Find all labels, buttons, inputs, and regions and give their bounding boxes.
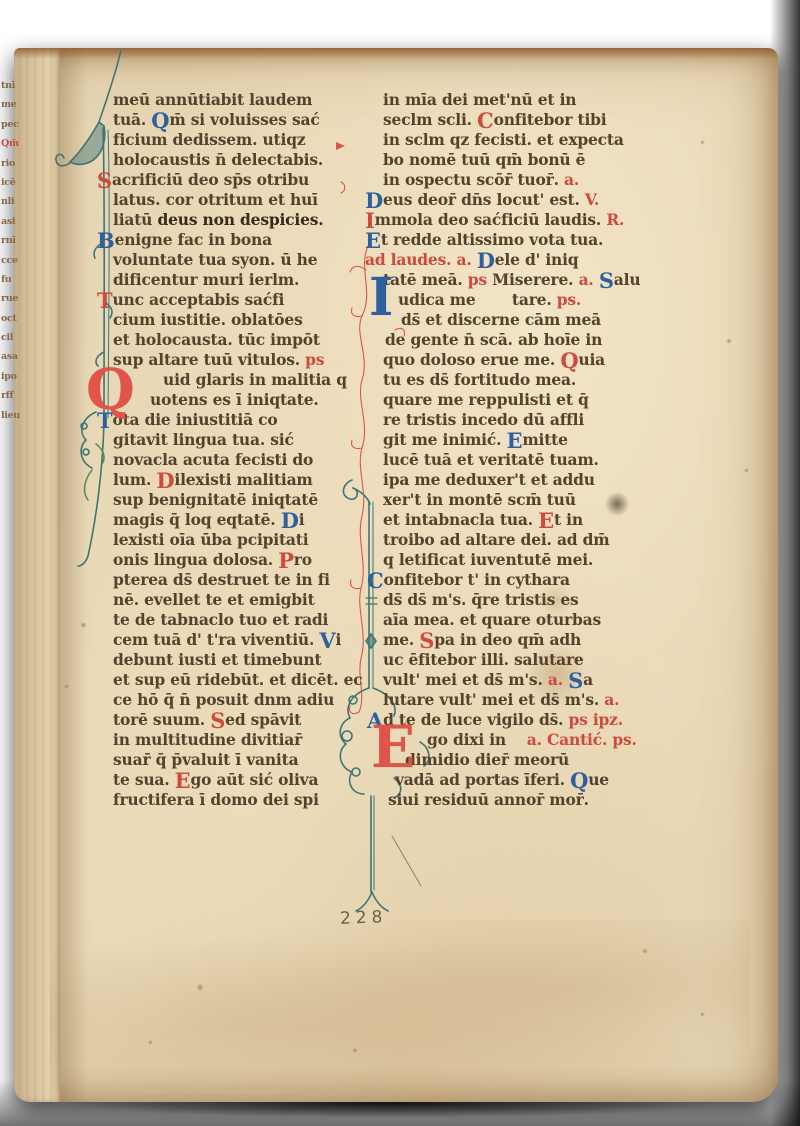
text-segment: vadā ad portas īferi.: [395, 770, 570, 789]
text-line: Deus deor̄ dn̄s locut' est. V.: [365, 190, 667, 210]
text-segment: me.: [383, 630, 419, 649]
text-line: troibo ad altare dei. ad dm̄: [383, 530, 667, 550]
text-line: ds̄ ds̄ m's. q̄re tristis es: [383, 590, 667, 610]
lombardic-initial: T: [97, 288, 112, 313]
text-segment: lucē tuā et veritatē tuam.: [383, 450, 599, 469]
text-segment: latus. cor otritum et huī: [113, 190, 318, 209]
dropcap-initial-E: E: [371, 718, 415, 776]
text-line: vadā ad portas īferi. Que: [395, 770, 667, 790]
text-line: q letificat iuventutē mei.: [383, 550, 667, 570]
text-segment: ce hō q̄ n̄ posuit dnm adiu: [113, 690, 334, 709]
text-segment: nē. evellet te et emigbit: [113, 590, 315, 609]
text-column-left: meū annūtiabit laudemtuā. Qm̄ si voluiss…: [113, 90, 381, 810]
text-segment: holocaustis n̄ delectabis.: [113, 150, 323, 169]
text-line: Sacrificiū deo sp̄s otribu: [97, 170, 381, 190]
text-line: meū annūtiabit laudem: [113, 90, 381, 110]
text-segment: et sup eū ridebūt. et dicēt. ec: [113, 670, 362, 689]
text-line: tu es ds̄ fortitudo mea.: [383, 370, 667, 390]
text-line: onis lingua dolosa. Pro: [113, 550, 381, 570]
text-segment: suar̄ q̄ p̄valuit ī vanita: [113, 750, 298, 769]
lombardic-initial: V: [319, 628, 335, 653]
lombardic-initial: S: [599, 268, 614, 293]
text-line: Confitebor t' in cythara: [367, 570, 667, 590]
text-segment: Miserere.: [492, 270, 578, 289]
text-segment: aīa mea. et quare oturbas: [383, 610, 601, 629]
freckle: [700, 1012, 705, 1017]
text-line: holocaustis n̄ delectabis.: [113, 150, 381, 170]
text-segment: t redde altissimo vota tua.: [381, 230, 603, 249]
text-line: magis q̄ loq eqtatē. Di: [113, 510, 381, 530]
text-segment: in ospectu scōr̄ tuor̄.: [383, 170, 564, 189]
text-segment: go aūt sić oliva: [190, 770, 318, 789]
text-segment: onis lingua dolosa.: [113, 550, 278, 569]
text-segment: alu: [614, 270, 641, 289]
text-segment: pa in deo qm̄ adh: [434, 630, 581, 649]
dropcap-initial-I: I: [369, 272, 393, 324]
text-line: in sclm qz fecisti. et expecta: [383, 130, 667, 150]
lombardic-initial: B: [97, 228, 115, 253]
text-line: seclm scli. Confitebor tibi: [383, 110, 667, 130]
leaf-edge-text-fragment: icē: [1, 173, 21, 192]
text-line: et sup eū ridebūt. et dicēt. ec: [113, 670, 381, 690]
text-segment: cem tuā d' t'ra viventiū.: [113, 630, 319, 649]
text-segment: acrificiū deo sp̄s otribu: [112, 170, 309, 189]
text-segment: ilexisti malitiam: [174, 470, 312, 489]
text-line: uotens es ī iniqtate.: [150, 390, 381, 410]
lombardic-initial: C: [367, 568, 384, 593]
text-segment: in multitudine divitiar̄: [113, 730, 302, 749]
text-segment: et holocausta. tūc impōt: [113, 330, 320, 349]
text-line: sup benignitatē iniqtatē: [113, 490, 381, 510]
freckle: [352, 1048, 358, 1053]
text-segment: t in: [554, 510, 583, 529]
text-line: et intabnacla tua. Et in: [383, 510, 667, 530]
text-segment: ds̄ et discerne cām meā: [401, 310, 601, 329]
text-line: debunt iusti et timebunt: [113, 650, 381, 670]
text-segment: enigne fac in bona: [115, 230, 272, 249]
text-segment: ro: [294, 550, 312, 569]
text-segment: dimidio dier̄ meorū: [405, 750, 569, 769]
leaf-edge-text-fragment: lieu: [1, 406, 21, 425]
text-line: quare me reppulisti et q̄: [383, 390, 667, 410]
text-line: Immola deo saćficiū laudis. R.: [365, 210, 667, 230]
previous-leaf-text-fragments: tnīmepecQm̄rioicēnliasirnīccefurueoctcil…: [1, 76, 21, 425]
parchment-mottling: [50, 920, 750, 1090]
freckle: [196, 984, 204, 991]
text-segment: eus deor̄ dn̄s locut' est.: [383, 190, 585, 209]
text-line: nē. evellet te et emigbit: [113, 590, 381, 610]
freckle: [744, 468, 749, 473]
text-line: me. Spa in deo qm̄ adh: [383, 630, 667, 650]
text-segment: unc acceptabis saćfi: [112, 290, 284, 309]
text-line: novacla acuta fecisti do: [113, 450, 381, 470]
text-line: in ospectu scōr̄ tuor̄. a.: [383, 170, 667, 190]
leaf-edge-text-fragment: oct: [1, 309, 21, 328]
text-segment: ds̄ ds̄ m's. q̄re tristis es: [383, 590, 579, 609]
text-line: udica me tare. ps.: [398, 290, 667, 310]
text-line: ce hō q̄ n̄ posuit dnm adiu: [113, 690, 381, 710]
text-line: re tristis incedo dū affli: [383, 410, 667, 430]
text-line: lucē tuā et veritatē tuam.: [383, 450, 667, 470]
text-segment: cium iustitie. oblatōes: [113, 310, 303, 329]
leaf-edge-text-fragment: me: [1, 95, 21, 114]
text-line: xer't in montē scm̄ tuū: [383, 490, 667, 510]
text-line: cium iustitie. oblatōes: [113, 310, 381, 330]
page-number: 228: [340, 907, 388, 929]
text-segment: pterea ds̄ destruet te in fi: [113, 570, 330, 589]
text-segment: ota die iniustitiā co: [112, 410, 277, 429]
leaf-edge-text-fragment: asa: [1, 347, 21, 366]
text-segment: sup altare tuū vitulos.: [113, 350, 305, 369]
text-segment: ps: [305, 350, 324, 369]
text-segment: ps.: [557, 290, 581, 309]
text-line: torē suum. Sed spāvit: [113, 710, 381, 730]
text-segment: dificentur muri ierlm.: [113, 270, 299, 289]
text-line: vult' mei et ds̄ m's. a. Sa: [383, 670, 667, 690]
text-segment: de gente n̄ scā. ab hoīe in: [385, 330, 602, 349]
text-line: Tota die iniustitiā co: [97, 410, 381, 430]
text-segment: siui residuū annor̄ mor̄.: [388, 790, 589, 809]
text-column-right: in mīa dei met'nū et inseclm scli. Confi…: [383, 90, 667, 810]
text-segment: a.: [548, 670, 568, 689]
text-segment: in mīa dei met'nū et in: [383, 90, 576, 109]
text-line: ficium dedissem. utiqz: [113, 130, 381, 150]
text-segment: in sclm qz fecisti. et expecta: [383, 130, 624, 149]
leaf-edge-text-fragment: rio: [1, 154, 21, 173]
text-line: Tunc acceptabis saćfi: [97, 290, 381, 310]
text-segment: tuā.: [113, 110, 151, 129]
text-line: pterea ds̄ destruet te in fi: [113, 570, 381, 590]
text-segment: deus non despicies.: [157, 210, 323, 229]
text-line: fructifera ī domo dei spi: [113, 790, 381, 810]
text-segment: ipa me deduxer't et addu: [383, 470, 595, 489]
leaf-edge-text-fragment: nli: [1, 192, 21, 211]
text-line: in multitudine divitiar̄: [113, 730, 381, 750]
text-segment: udica me tare.: [398, 290, 557, 309]
text-segment: gitavit lingua tua. sić: [113, 430, 294, 449]
text-segment: et intabnacla tua.: [383, 510, 538, 529]
text-line: uid glaris in malitia q: [163, 370, 381, 390]
text-segment: lutare vult' mei et ds̄ m's.: [383, 690, 604, 709]
leaf-edge-text-fragment: ipo: [1, 367, 21, 386]
text-line: de gente n̄ scā. ab hoīe in: [385, 330, 667, 350]
text-segment: torē suum.: [113, 710, 210, 729]
text-line: ds̄ et discerne cām meā: [401, 310, 667, 330]
text-line: ipa me deduxer't et addu: [383, 470, 667, 490]
text-line: siui residuū annor̄ mor̄.: [388, 790, 667, 810]
text-segment: ps ipz.: [569, 710, 624, 729]
leaf-edge-text-fragment: cil: [1, 328, 21, 347]
text-line: uc ēfitebor illi. salutare: [383, 650, 667, 670]
text-segment: te sua.: [113, 770, 175, 789]
text-line: Benigne fac in bona: [97, 230, 381, 250]
text-segment: debunt iusti et timebunt: [113, 650, 321, 669]
text-line: cem tuā d' t'ra viventiū. Vi: [113, 630, 381, 650]
text-segment: uotens es ī iniqtate.: [150, 390, 319, 409]
text-line: te sua. Ego aūt sić oliva: [113, 770, 381, 790]
text-segment: xer't in montē scm̄ tuū: [383, 490, 576, 509]
text-segment: V.: [585, 190, 599, 209]
freckle: [148, 1040, 153, 1045]
text-segment: R.: [606, 210, 624, 229]
leaf-edge-text-fragment: rue: [1, 289, 21, 308]
text-line: dimidio dier̄ meorū: [405, 750, 667, 770]
text-segment: meū annūtiabit laudem: [113, 90, 312, 109]
text-segment: mmola deo saćficiū laudis.: [375, 210, 607, 229]
text-segment: ue: [588, 770, 609, 789]
text-segment: novacla acuta fecisti do: [113, 450, 313, 469]
text-segment: a.: [604, 690, 619, 709]
text-segment: te de tabnaclo tuo et radi: [113, 610, 328, 629]
text-segment: magis q̄ loq eqtatē.: [113, 510, 281, 529]
text-segment: uid glaris in malitia q: [163, 370, 347, 389]
text-line: gitavit lingua tua. sić: [113, 430, 381, 450]
page-top-browned-edge: [14, 48, 778, 59]
text-segment: quare me reppulisti et q̄: [383, 390, 589, 409]
text-segment: git me inimić.: [383, 430, 507, 449]
text-segment: lum.: [113, 470, 156, 489]
text-segment: a.: [579, 270, 599, 289]
text-segment: sup benignitatē iniqtatē: [113, 490, 318, 509]
leaf-edge-text-fragment: pec: [1, 115, 21, 134]
text-line: git me inimić. Emitte: [383, 430, 667, 450]
text-segment: seclm scli.: [383, 110, 477, 129]
text-segment: fructifera ī domo dei spi: [113, 790, 319, 809]
text-segment: ficium dedissem. utiqz: [113, 130, 305, 149]
text-line: liatū deus non despicies.: [113, 210, 381, 230]
freckle: [642, 948, 648, 954]
text-line: te de tabnaclo tuo et radi: [113, 610, 381, 630]
text-line: go dixi in a. Cantić. ps.: [427, 730, 667, 750]
text-segment: tu es ds̄ fortitudo mea.: [383, 370, 576, 389]
leaf-edge-text-fragment: cce: [1, 251, 21, 270]
text-line: voluntate tua syon. ū he: [113, 250, 381, 270]
leaf-edge-text-fragment: Qm̄: [1, 134, 21, 153]
leaf-edge-text-fragment: tnī: [1, 76, 21, 95]
leaf-edge-text-fragment: rff: [1, 386, 21, 405]
text-segment: ed spāvit: [225, 710, 301, 729]
text-segment: go dixi in: [427, 730, 527, 749]
text-line: et holocausta. tūc impōt: [113, 330, 381, 350]
text-line: lum. Dilexisti malitiam: [113, 470, 381, 490]
text-segment: uc ēfitebor illi. salutare: [383, 650, 584, 669]
text-line: sup altare tuū vitulos. ps: [113, 350, 381, 370]
text-segment: m̄ si voluisses sać: [169, 110, 319, 129]
text-segment: q letificat iuventutē mei.: [383, 550, 593, 569]
text-segment: a.: [564, 170, 579, 189]
text-segment: ele d' iniq: [495, 250, 579, 269]
text-line: aīa mea. et quare oturbas: [383, 610, 667, 630]
text-line: latus. cor otritum et huī: [113, 190, 381, 210]
text-line: tuā. Qm̄ si voluisses sać: [113, 110, 381, 130]
text-segment: onfitebor t' in cythara: [384, 570, 570, 589]
leaf-edge-text-fragment: rnī: [1, 231, 21, 250]
text-segment: liatū: [113, 210, 157, 229]
freckle: [726, 338, 732, 344]
text-line: quo doloso erue me. Quia: [383, 350, 667, 370]
text-segment: uia: [578, 350, 605, 369]
text-segment: onfitebor tibi: [494, 110, 607, 129]
text-line: in mīa dei met'nū et in: [383, 90, 667, 110]
text-line: lexisti oīa ūba pcipitati: [113, 530, 381, 550]
text-segment: tatē meā.: [383, 270, 468, 289]
text-line: ad laudes. a. Dele d' iniq: [365, 250, 667, 270]
freckle: [64, 684, 69, 689]
text-line: dificentur muri ierlm.: [113, 270, 381, 290]
text-segment: vult' mei et ds̄ m's.: [383, 670, 548, 689]
text-segment: i: [336, 630, 342, 649]
manuscript-photo: { "meta": { "description": "Photograph o…: [0, 0, 800, 1126]
freckle: [80, 622, 87, 628]
leaf-edge-text-fragment: asi: [1, 212, 21, 231]
text-segment: i: [299, 510, 305, 529]
text-segment: a. Cantić. ps.: [527, 730, 637, 749]
text-line: suar̄ q̄ p̄valuit ī vanita: [113, 750, 381, 770]
freckle: [700, 140, 705, 145]
text-line: bo nomē tuū qm̄ bonū ē: [383, 150, 667, 170]
text-line: tatē meā. ps Miserere. a. Salu: [383, 270, 667, 290]
text-segment: quo doloso erue me.: [383, 350, 560, 369]
text-line: Et redde altissimo vota tua.: [365, 230, 667, 250]
text-segment: ps: [468, 270, 492, 289]
dropcap-initial-Q: Q: [86, 362, 135, 418]
text-segment: mitte: [522, 430, 567, 449]
lombardic-initial: S: [97, 168, 112, 193]
text-line: lutare vult' mei et ds̄ m's. a.: [383, 690, 667, 710]
leaf-edge-text-fragment: fu: [1, 270, 21, 289]
text-segment: voluntate tua syon. ū he: [113, 250, 317, 269]
text-segment: re tristis incedo dū affli: [383, 410, 584, 429]
text-segment: a: [583, 670, 593, 689]
text-segment: bo nomē tuū qm̄ bonū ē: [383, 150, 585, 169]
text-segment: lexisti oīa ūba pcipitati: [113, 530, 308, 549]
text-segment: troibo ad altare dei. ad dm̄: [383, 530, 609, 549]
